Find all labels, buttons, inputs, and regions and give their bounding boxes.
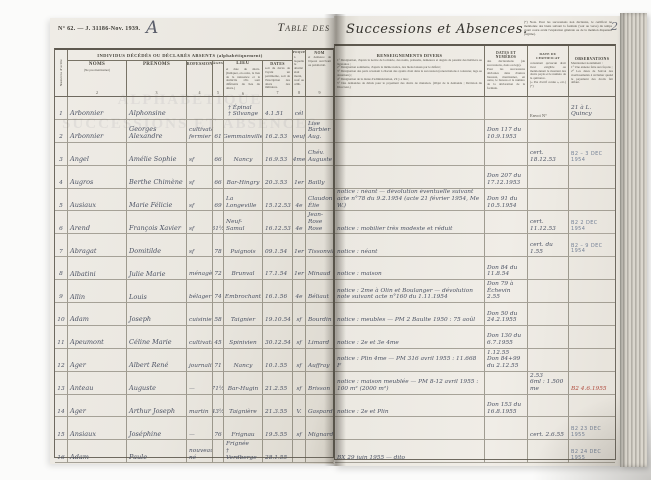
cell-renseignements: BX 29 juin 1955 — dito bbox=[335, 440, 485, 463]
cell-epoux bbox=[306, 97, 333, 120]
col-header-dates: DATES soit du décès de l'ayant un patrim… bbox=[263, 61, 293, 96]
cell-lieu: Taignier bbox=[224, 303, 263, 326]
cell-profession: — bbox=[187, 417, 213, 440]
cell-date-certificat: cert. 18.12.53 bbox=[528, 143, 569, 166]
col-header-ages: ÂGES 5 bbox=[213, 61, 224, 96]
cell-date-certificat bbox=[528, 303, 569, 326]
cell-etat-matrimonial: cél bbox=[293, 97, 306, 120]
cell-profession: journalier bbox=[187, 349, 213, 372]
col-header-lieu: LIEU et date du décès. (Indiquer, en out… bbox=[224, 61, 263, 96]
cell-renseignements: notice : mobilier très modeste et réduit bbox=[335, 211, 485, 234]
cell-etat-matrimonial: 4e bbox=[293, 211, 306, 234]
right-page-header: Successions et Absences. (*) Nota. Pour … bbox=[334, 16, 620, 44]
cell-date-deces: 21.2.55 bbox=[263, 372, 293, 395]
col-header-nom-epoux: NOM et demeure de l'époux survivant ou p… bbox=[306, 50, 333, 96]
page-left: ALPHABETIQUE SUCCESSIONS ET ABSENCES N° … bbox=[50, 18, 334, 464]
table-row: 14 Ager Arthur Joseph martin 43½ Taigniè… bbox=[55, 395, 333, 418]
cell-renseignements: notice : 2e et Plin bbox=[335, 395, 485, 418]
cell-age: 61 bbox=[213, 120, 224, 143]
table-row: notice : 2me à Olin et Boulanger — dévol… bbox=[335, 280, 615, 303]
cell-date-certificat: cert. du 1.55 bbox=[528, 234, 569, 257]
cell-renseignements: notice : 2e et 3e 4me bbox=[335, 326, 485, 349]
cell-profession: bélager bbox=[187, 280, 213, 303]
cell-numero: 16 bbox=[55, 440, 68, 463]
left-page-header: N° 62. — J. 31186-Nov. 1939. A Table des bbox=[50, 18, 334, 52]
cell-observations: B2 24 DEC 1955 bbox=[569, 440, 615, 463]
cell-lieu: Gemmainville bbox=[224, 120, 263, 143]
cell-lieu: Nancy bbox=[224, 349, 263, 372]
cell-observations bbox=[569, 189, 615, 212]
cell-numero: 13 bbox=[55, 372, 68, 395]
cell-numero: 6 bbox=[55, 211, 68, 234]
cell-nom: Adam bbox=[68, 303, 127, 326]
cell-profession: sf bbox=[187, 189, 213, 212]
cell-etat-matrimonial: sf bbox=[293, 326, 306, 349]
cell-etat-matrimonial: sf bbox=[293, 303, 306, 326]
cell-date-deces: 21.3.55 bbox=[263, 395, 293, 418]
left-table: Numéros d'ordre INDIVIDUS DÉCÉDÉS OU DÉC… bbox=[54, 48, 334, 458]
col-header-prenoms: PRÉNOMS 3 bbox=[127, 61, 187, 96]
cell-profession: sf bbox=[187, 234, 213, 257]
table-row: 1 Arbonnier Alphonsine † Épinal † Silvan… bbox=[55, 97, 333, 120]
cell-prenoms: Julie Marie bbox=[127, 257, 187, 280]
cell-numero: 10 bbox=[55, 303, 68, 326]
cell-profession: martin bbox=[187, 395, 213, 418]
cell-nom: Augros bbox=[68, 166, 127, 189]
table-row: Don 117 du 10.9.1953 bbox=[335, 120, 615, 143]
cell-epoux bbox=[306, 440, 333, 463]
spread-title-left: Table des bbox=[278, 20, 330, 35]
cell-date-declaration: Don 84 du 11.8.54 bbox=[485, 257, 528, 280]
cell-nom: Arbonnier bbox=[68, 97, 127, 120]
table-row: 8 Albatini Julie Marie ménagère 72 Brunv… bbox=[55, 257, 333, 280]
cell-nom: Ansiaux bbox=[68, 417, 127, 440]
table-row: 9 Allin Louis bélager 74 Embrochant 16.1… bbox=[55, 280, 333, 303]
cell-etat-matrimonial: 4me bbox=[293, 143, 306, 166]
cell-prenoms: Louis bbox=[127, 280, 187, 303]
cell-prenoms: Joseph bbox=[127, 303, 187, 326]
cell-profession: nouveau-né bbox=[187, 440, 213, 463]
cell-date-deces: 10.1.55 bbox=[263, 349, 293, 372]
cell-numero: 1 bbox=[55, 97, 68, 120]
cell-nom: Ausiaux bbox=[68, 189, 127, 212]
cell-numero: 3 bbox=[55, 143, 68, 166]
cell-date-deces: 15.12.53 bbox=[263, 189, 293, 212]
cell-date-certificat bbox=[528, 349, 569, 372]
cell-date-certificat bbox=[528, 440, 569, 463]
cell-date-certificat bbox=[528, 257, 569, 280]
cell-date-certificat bbox=[528, 189, 569, 212]
cell-renseignements: notice : néant bbox=[335, 234, 485, 257]
cell-date-certificat bbox=[528, 166, 569, 189]
cell-age: 74 bbox=[213, 280, 224, 303]
cell-age: 31½ bbox=[213, 211, 224, 234]
cell-profession: cultivatrice bbox=[187, 326, 213, 349]
cell-numero: 12 bbox=[55, 349, 68, 372]
cell-date-deces: 16.1.56 bbox=[263, 280, 293, 303]
col-header-professions: PROFESSIONS 4 bbox=[187, 61, 213, 96]
cell-date-certificat bbox=[528, 280, 569, 303]
table-row: BX 29 juin 1955 — dito B2 24 DEC 1955 bbox=[335, 440, 615, 463]
cell-observations bbox=[569, 120, 615, 143]
handwritten-letter: A bbox=[146, 18, 158, 38]
cell-renseignements bbox=[335, 143, 485, 166]
right-table-rows: Envoi N° 21 à L. Quincy Don 117 du 10.9.… bbox=[335, 97, 615, 463]
cell-age: 71 bbox=[213, 349, 224, 372]
cell-date-certificat: cert. 2.6.55 bbox=[528, 417, 569, 440]
table-row: notice : maison Don 84 du 11.8.54 bbox=[335, 257, 615, 280]
cell-etat-matrimonial: sf bbox=[293, 349, 306, 372]
col-header-noms: NOMS (Ne pas mentionner) 2 bbox=[68, 61, 127, 96]
col-header-epoques: ÉPOQUES à laquelle le décédé était marié… bbox=[293, 50, 306, 96]
cell-date-certificat bbox=[528, 326, 569, 349]
cell-date-declaration bbox=[485, 211, 528, 234]
cell-nom: Arend bbox=[68, 211, 127, 234]
cell-etat-matrimonial: 1er bbox=[293, 257, 306, 280]
table-row: notice : néant cert. du 1.55 B2 – 9 DEC … bbox=[335, 234, 615, 257]
cell-date-deces: 16.2.53 bbox=[263, 120, 293, 143]
cell-observations bbox=[569, 280, 615, 303]
table-row: notice : meubles — PM 2 Baulte 1950 : 75… bbox=[335, 303, 615, 326]
cell-age: 58 bbox=[213, 303, 224, 326]
cell-prenoms: François Xavier bbox=[127, 211, 187, 234]
cell-epoux: Claudon Élie bbox=[306, 189, 333, 212]
cell-renseignements: notice : maison bbox=[335, 257, 485, 280]
cell-etat-matrimonial: sf bbox=[293, 372, 306, 395]
cell-nom: Arbonnier bbox=[68, 120, 127, 143]
cell-date-certificat: cert. 11.12.53 bbox=[528, 211, 569, 234]
cell-etat-matrimonial: veuf bbox=[293, 120, 306, 143]
cell-nom: Anteau bbox=[68, 372, 127, 395]
cell-profession: sf bbox=[187, 166, 213, 189]
cell-prenoms: Paule bbox=[127, 440, 187, 463]
cell-renseignements: notice : 2me à Olin et Boulanger — dévol… bbox=[335, 280, 485, 303]
cell-nom: Adam bbox=[68, 440, 127, 463]
cell-observations: B2 4.6.1955 bbox=[569, 372, 615, 395]
cell-numero: 14 bbox=[55, 395, 68, 418]
cell-date-declaration: Don 91 du 10.5.1954 bbox=[485, 189, 528, 212]
cell-age bbox=[213, 97, 224, 120]
cell-etat-matrimonial: 1er bbox=[293, 166, 306, 189]
cell-date-deces: 16.9.53 bbox=[263, 143, 293, 166]
cell-prenoms: Joséphine bbox=[127, 417, 187, 440]
cell-date-deces: 19.10.54 bbox=[263, 303, 293, 326]
cell-age: 66 bbox=[213, 143, 224, 166]
cell-profession: — bbox=[187, 372, 213, 395]
cell-prenoms: Domitilde bbox=[127, 234, 187, 257]
cell-numero: 8 bbox=[55, 257, 68, 280]
cell-nom: Ager bbox=[68, 349, 127, 372]
cell-etat-matrimonial bbox=[293, 440, 306, 463]
cell-epoux: Amélie Lise Barbier Aug. bbox=[306, 120, 333, 143]
page-number: 2 bbox=[611, 20, 618, 33]
cell-lieu: Nancy bbox=[224, 143, 263, 166]
cell-observations bbox=[569, 303, 615, 326]
cell-prenoms: Auguste bbox=[127, 372, 187, 395]
cell-prenoms: Albert René bbox=[127, 349, 187, 372]
cell-observations bbox=[569, 395, 615, 418]
table-row: notice : 2e et Plin Don 153 du 16.8.1955 bbox=[335, 395, 615, 418]
cell-epoux: Brisson bbox=[306, 372, 333, 395]
cell-observations bbox=[569, 257, 615, 280]
cell-lieu: Bar-Hugin bbox=[224, 372, 263, 395]
cell-numero: 4 bbox=[55, 166, 68, 189]
cell-profession: sf bbox=[187, 143, 213, 166]
cell-renseignements bbox=[335, 166, 485, 189]
table-row: 2 Arbonnier Georges Alexandre cultivateu… bbox=[55, 120, 333, 143]
col-header-numero: Numéros d'ordre bbox=[55, 50, 68, 96]
cell-renseignements: notice : maison meublée — PM 8-12 avril … bbox=[335, 372, 485, 395]
cell-lieu: Neuf-Samul bbox=[224, 211, 263, 234]
cell-observations: B2 23 DEC 1955 bbox=[569, 417, 615, 440]
cell-date-deces: 28.1.55 bbox=[263, 440, 293, 463]
group-header: INDIVIDUS DÉCÉDÉS OU DÉCLARÉS ABSENTS (a… bbox=[68, 50, 293, 61]
cell-age: 45 bbox=[213, 326, 224, 349]
cell-etat-matrimonial: 4e bbox=[293, 280, 306, 303]
cell-renseignements: notice : néant — dévolution éventuelle s… bbox=[335, 189, 485, 212]
cell-lieu: La Longeville bbox=[224, 189, 263, 212]
cell-lieu: Bar-Hingry bbox=[224, 166, 263, 189]
cell-date-declaration: Don 50 du 24.2.1955 bbox=[485, 303, 528, 326]
cell-profession bbox=[187, 97, 213, 120]
cell-etat-matrimonial: 1er bbox=[293, 234, 306, 257]
cell-epoux: Mignard bbox=[306, 417, 333, 440]
cell-observations: B2 – 9 DEC 1954 bbox=[569, 234, 615, 257]
cell-numero: 15 bbox=[55, 417, 68, 440]
cell-age: 69 bbox=[213, 189, 224, 212]
cell-date-deces: 20.3.53 bbox=[263, 166, 293, 189]
nota-footnote: (*) Nota. Pour les successions non décla… bbox=[524, 20, 612, 36]
cell-date-declaration bbox=[485, 372, 528, 395]
cell-epoux: Limard bbox=[306, 326, 333, 349]
cell-age: 43½ bbox=[213, 395, 224, 418]
cell-date-declaration bbox=[485, 97, 528, 120]
table-row: notice : mobilier très modeste et réduit… bbox=[335, 211, 615, 234]
cell-renseignements: notice : Plin 4me — PM 316 avril 1955 : … bbox=[335, 349, 485, 372]
cell-observations bbox=[569, 326, 615, 349]
cell-date-declaration: Don 207 du 17.12.1953 bbox=[485, 166, 528, 189]
cell-etat-matrimonial: sf bbox=[293, 417, 306, 440]
cell-prenoms: Amélie Sophie bbox=[127, 143, 187, 166]
cell-renseignements: notice : meubles — PM 2 Baulte 1950 : 75… bbox=[335, 303, 485, 326]
cell-age: 76 bbox=[213, 417, 224, 440]
right-table: RENSEIGNEMENTS DIVERS 1° Désignation, d'… bbox=[334, 44, 616, 460]
cell-nom: Apeumont bbox=[68, 326, 127, 349]
cell-date-certificat bbox=[528, 120, 569, 143]
book-page-edge bbox=[620, 13, 647, 467]
cell-lieu: Spinivien bbox=[224, 326, 263, 349]
cell-date-declaration bbox=[485, 143, 528, 166]
cell-prenoms: Arthur Joseph bbox=[127, 395, 187, 418]
cell-date-deces: 09.1.54 bbox=[263, 234, 293, 257]
cell-date-certificat: Envoi N° bbox=[528, 97, 569, 120]
cell-profession: cultivateur fermier bbox=[187, 120, 213, 143]
cell-date-declaration bbox=[485, 417, 528, 440]
cell-prenoms: Céline Marie bbox=[127, 326, 187, 349]
cell-epoux: Bourdin bbox=[306, 303, 333, 326]
table-row: 10 Adam Joseph cuisinier 58 Taignier 19.… bbox=[55, 303, 333, 326]
cell-observations: B2 – 3 DEC 1954 bbox=[569, 143, 615, 166]
cell-date-declaration: Don 194 du 1.12.55 Don 84+99 du 2.12.55 bbox=[485, 349, 528, 372]
cell-lieu: † Épinal † Silvange bbox=[224, 97, 263, 120]
table-row: notice : néant — dévolution éventuelle s… bbox=[335, 189, 615, 212]
col-header-renseignements: RENSEIGNEMENTS DIVERS 1° Désignation, d'… bbox=[335, 46, 485, 96]
spread-title-right: Successions et Absences. bbox=[346, 22, 528, 37]
cell-epoux: Auffray bbox=[306, 349, 333, 372]
left-table-rows: 1 Arbonnier Alphonsine † Épinal † Silvan… bbox=[55, 97, 333, 463]
cell-lieu: Brunval bbox=[224, 257, 263, 280]
cell-age bbox=[213, 440, 224, 463]
cell-observations bbox=[569, 349, 615, 372]
cell-etat-matrimonial: 4e bbox=[293, 189, 306, 212]
cell-date-deces: 16.12.53 bbox=[263, 211, 293, 234]
cell-nom: Ager bbox=[68, 395, 127, 418]
table-row: cert. 18.12.53 B2 – 3 DEC 1954 bbox=[335, 143, 615, 166]
cell-prenoms: Marie Félicie bbox=[127, 189, 187, 212]
cell-nom: Albatini bbox=[68, 257, 127, 280]
table-row: 16 Adam Paule nouveau-né Frignée † Verdb… bbox=[55, 440, 333, 463]
table-row: 7 Abragat Domitilde sf 78 Puignois 09.1.… bbox=[55, 234, 333, 257]
cell-lieu: Puignois bbox=[224, 234, 263, 257]
col-header-observations: OBSERVATIONS Mentionner notamment : 1° U… bbox=[569, 46, 615, 96]
left-table-header: Numéros d'ordre INDIVIDUS DÉCÉDÉS OU DÉC… bbox=[55, 50, 333, 97]
cell-date-certificat bbox=[528, 395, 569, 418]
cell-date-deces: 17.1.54 bbox=[263, 257, 293, 280]
cell-numero: 7 bbox=[55, 234, 68, 257]
cell-epoux: Minaud bbox=[306, 257, 333, 280]
cell-lieu: Frignau bbox=[224, 417, 263, 440]
col-header-dates-numeros: DATES ET NUMÉROS des déclarations (de su… bbox=[485, 46, 528, 96]
cell-date-deces: 30.12.54 bbox=[263, 326, 293, 349]
cell-epoux: Jean-Rose Rose bbox=[306, 211, 333, 234]
cell-lieu: Frignée † Verdberge bbox=[224, 440, 263, 463]
cell-epoux: Tissonville bbox=[306, 234, 333, 257]
cell-date-deces: 19.5.55 bbox=[263, 417, 293, 440]
cell-epoux: Chév. Auguste bbox=[306, 143, 333, 166]
table-row: notice : 2e et 3e 4me Don 130 du 6.7.195… bbox=[335, 326, 615, 349]
cell-profession: sf bbox=[187, 211, 213, 234]
cell-lieu: Embrochant bbox=[224, 280, 263, 303]
cell-observations: 21 à L. Quincy bbox=[569, 97, 615, 120]
table-row: 15 Ansiaux Joséphine — 76 Frignau 19.5.5… bbox=[55, 417, 333, 440]
cell-observations bbox=[569, 166, 615, 189]
cell-numero: 11 bbox=[55, 326, 68, 349]
cell-epoux: Gaspard bbox=[306, 395, 333, 418]
cell-numero: 2 bbox=[55, 120, 68, 143]
cell-etat-matrimonial: V. bbox=[293, 395, 306, 418]
cell-profession: cuisinier bbox=[187, 303, 213, 326]
cell-numero: 5 bbox=[55, 189, 68, 212]
table-row: Don 207 du 17.12.1953 bbox=[335, 166, 615, 189]
table-row: 6 Arend François Xavier sf 31½ Neuf-Samu… bbox=[55, 211, 333, 234]
cell-profession: ménagère bbox=[187, 257, 213, 280]
right-table-header: RENSEIGNEMENTS DIVERS 1° Désignation, d'… bbox=[335, 46, 615, 97]
cell-renseignements bbox=[335, 97, 485, 120]
cell-age: 66 bbox=[213, 166, 224, 189]
cell-epoux: Bailly bbox=[306, 166, 333, 189]
table-row: notice : maison meublée — PM 8-12 avril … bbox=[335, 372, 615, 395]
cell-date-declaration: Don 130 du 6.7.1955 bbox=[485, 326, 528, 349]
cell-age: 78 bbox=[213, 234, 224, 257]
cell-renseignements bbox=[335, 120, 485, 143]
cell-age: 71½ bbox=[213, 372, 224, 395]
cell-lieu: Taignière bbox=[224, 395, 263, 418]
cell-nom: Allin bbox=[68, 280, 127, 303]
cell-prenoms: Alphonsine bbox=[127, 97, 187, 120]
cell-nom: Abragat bbox=[68, 234, 127, 257]
table-row: cert. 2.6.55 B2 23 DEC 1955 bbox=[335, 417, 615, 440]
page-right: Successions et Absences. (*) Nota. Pour … bbox=[334, 16, 620, 466]
cell-date-declaration: Don 89 du 17.1.1955 Don 79 à Échevin 2.5… bbox=[485, 280, 528, 303]
table-row: 13 Anteau Auguste — 71½ Bar-Hugin 21.2.5… bbox=[55, 372, 333, 395]
cell-date-declaration: Don 117 du 10.9.1953 bbox=[485, 120, 528, 143]
form-number: N° 62. — J. 31186-Nov. 1939. bbox=[58, 26, 140, 32]
cell-nom: Angel bbox=[68, 143, 127, 166]
cell-epoux: Béliaut bbox=[306, 280, 333, 303]
cell-date-declaration: Don 153 du 16.8.1955 bbox=[485, 395, 528, 418]
table-row: 11 Apeumont Céline Marie cultivatrice 45… bbox=[55, 326, 333, 349]
cell-date-certificat: Prob. 18 2.53 6ml : 1.500 me bbox=[528, 372, 569, 395]
col-header-date-certificat: DATE DU CERTIFICAT constatant qu'aucun d… bbox=[528, 46, 569, 96]
table-row: 12 Ager Albert René journalier 71 Nancy … bbox=[55, 349, 333, 372]
cell-age: 72 bbox=[213, 257, 224, 280]
cell-renseignements bbox=[335, 417, 485, 440]
table-row: notice : Plin 4me — PM 316 avril 1955 : … bbox=[335, 349, 615, 372]
table-row: 3 Angel Amélie Sophie sf 66 Nancy 16.9.5… bbox=[55, 143, 333, 166]
cell-date-declaration bbox=[485, 440, 528, 463]
cell-observations: B2 2 DEC 1954 bbox=[569, 211, 615, 234]
table-row: 5 Ausiaux Marie Félicie sf 69 La Longevi… bbox=[55, 189, 333, 212]
cell-numero: 9 bbox=[55, 280, 68, 303]
table-row: Envoi N° 21 à L. Quincy bbox=[335, 97, 615, 120]
cell-date-declaration bbox=[485, 234, 528, 257]
cell-prenoms: Georges Alexandre bbox=[127, 120, 187, 143]
cell-date-deces: 4.1.51 bbox=[263, 97, 293, 120]
table-row: 4 Augros Berthe Chimène sf 66 Bar-Hingry… bbox=[55, 166, 333, 189]
cell-prenoms: Berthe Chimène bbox=[127, 166, 187, 189]
